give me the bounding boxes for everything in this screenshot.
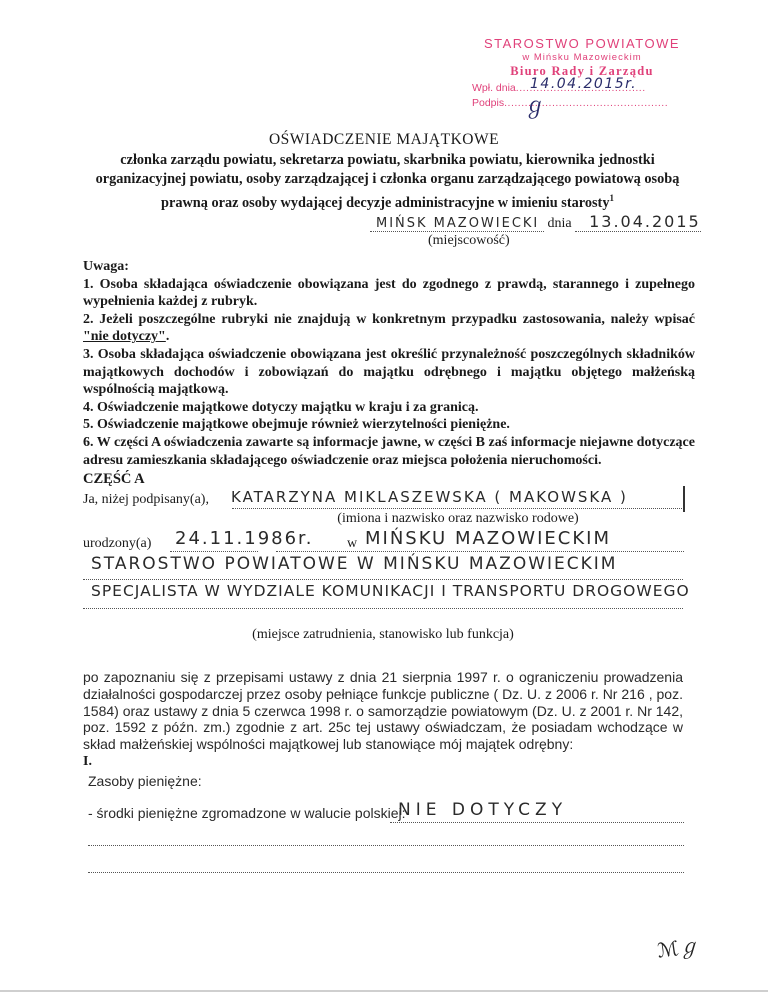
stamp-signature-label: Podpis: [472, 97, 504, 109]
born-place-dotline: [276, 551, 684, 552]
employment-field-1[interactable]: STAROSTWO POWIATOWE W MIŃSKU MAZOWIECKIM: [91, 554, 617, 574]
note-item-2-emphasis: "nie dotyczy": [83, 329, 166, 344]
pln-funds-row: - środki pieniężne zgromadzone w walucie…: [88, 805, 406, 821]
initials-signature: ℳℊ: [655, 929, 700, 963]
notes-section: Uwaga: 1. Osoba składająca oświadczenie …: [83, 258, 695, 469]
pln-funds-dotline: [390, 822, 684, 823]
stamp-received-row: Wpł. dnia...............................…: [472, 82, 692, 94]
note-item-6: 6. W części A oświadczenia zawarte są in…: [83, 434, 695, 469]
employment-dotline-1: [83, 579, 683, 580]
blank-dotline-2: [88, 872, 684, 873]
note-item-5: 5. Oświadczenie majątkowe obejmuje równi…: [83, 416, 695, 434]
note-item-4: 4. Oświadczenie majątkowe dotyczy majątk…: [83, 399, 695, 417]
declarant-row: Ja, niżej podpisany(a), KATARZYNA MIKLAS…: [83, 492, 683, 508]
office-stamp: STAROSTWO POWIATOWE w Mińsku Mazowieckim…: [472, 36, 692, 109]
place-caption: (miejscowość): [428, 233, 510, 249]
born-date-field[interactable]: 24.11.1986r.: [175, 528, 314, 549]
born-date-dotline: [170, 551, 258, 552]
stamp-received-label: Wpł. dnia: [472, 82, 516, 94]
document-subtitle: członka zarządu powiatu, sekretarza powi…: [80, 151, 695, 213]
place-date-line: MIŃSK MAZOWIECKI dnia 13.04.2015: [370, 212, 701, 232]
born-label: urodzony(a): [83, 536, 151, 551]
footnote-ref: 1: [609, 193, 614, 203]
section-1-numeral: I.: [83, 754, 92, 770]
note-item-3: 3. Osoba składająca oświadczenie obowiąz…: [83, 346, 695, 399]
born-in-label: w: [347, 536, 357, 552]
born-place-field[interactable]: MIŃSKU MAZOWIECKIM: [365, 528, 611, 549]
employment-field-2[interactable]: SPECJALISTA W WYDZIALE KOMUNIKACJI I TRA…: [91, 582, 690, 600]
bracket-mark: [683, 486, 685, 512]
declarant-caption: (imiona i nazwisko oraz nazwisko rodowe): [232, 511, 684, 527]
stamp-received-date: 14.04.2015r.: [530, 76, 637, 92]
legal-statement: po zapoznaniu się z przepisami ustawy z …: [83, 669, 683, 753]
document-title: OŚWIADCZENIE MAJĄTKOWE: [0, 131, 768, 149]
declarant-label: Ja, niżej podpisany(a),: [83, 492, 209, 507]
section-1-heading: Zasoby pieniężne:: [88, 773, 202, 789]
note-item-2-end: .: [166, 329, 170, 344]
stamp-signature-mark: ℊ: [524, 89, 546, 120]
page-bottom-edge: [0, 990, 768, 992]
employment-dotline-2: [83, 608, 683, 609]
note-item-2-text: 2. Jeżeli poszczególne rubryki nie znajd…: [83, 312, 695, 327]
date-field[interactable]: 13.04.2015: [575, 212, 701, 232]
place-field[interactable]: MIŃSK MAZOWIECKI: [370, 216, 544, 232]
date-label: dnia: [548, 216, 572, 231]
stamp-line-1: STAROSTWO POWIATOWE: [472, 36, 692, 51]
declarant-dotline: [232, 508, 684, 509]
pln-funds-field[interactable]: NIE DOTYCZY: [398, 800, 567, 820]
birth-row: urodzony(a) 24.11.1986r. w MIŃSKU MAZOWI…: [83, 536, 683, 552]
document-subtitle-text: członka zarządu powiatu, sekretarza powi…: [96, 152, 680, 211]
pln-funds-label: - środki pieniężne zgromadzone w walucie…: [88, 805, 406, 821]
stamp-signature-row: Podpis..................................…: [472, 97, 692, 109]
stamp-line-2: w Mińsku Mazowieckim: [472, 52, 692, 63]
note-item-1: 1. Osoba składająca oświadczenie obowiąz…: [83, 276, 695, 311]
notes-heading: Uwaga:: [83, 258, 695, 276]
employment-caption: (miejsce zatrudnienia, stanowisko lub fu…: [83, 627, 683, 643]
blank-dotline-1: [88, 845, 684, 846]
part-a-heading: CZĘŚĆ A: [83, 471, 145, 488]
note-item-2: 2. Jeżeli poszczególne rubryki nie znajd…: [83, 311, 695, 346]
declarant-field[interactable]: KATARZYNA MIKLASZEWSKA ( MAKOWSKA ): [231, 488, 628, 506]
